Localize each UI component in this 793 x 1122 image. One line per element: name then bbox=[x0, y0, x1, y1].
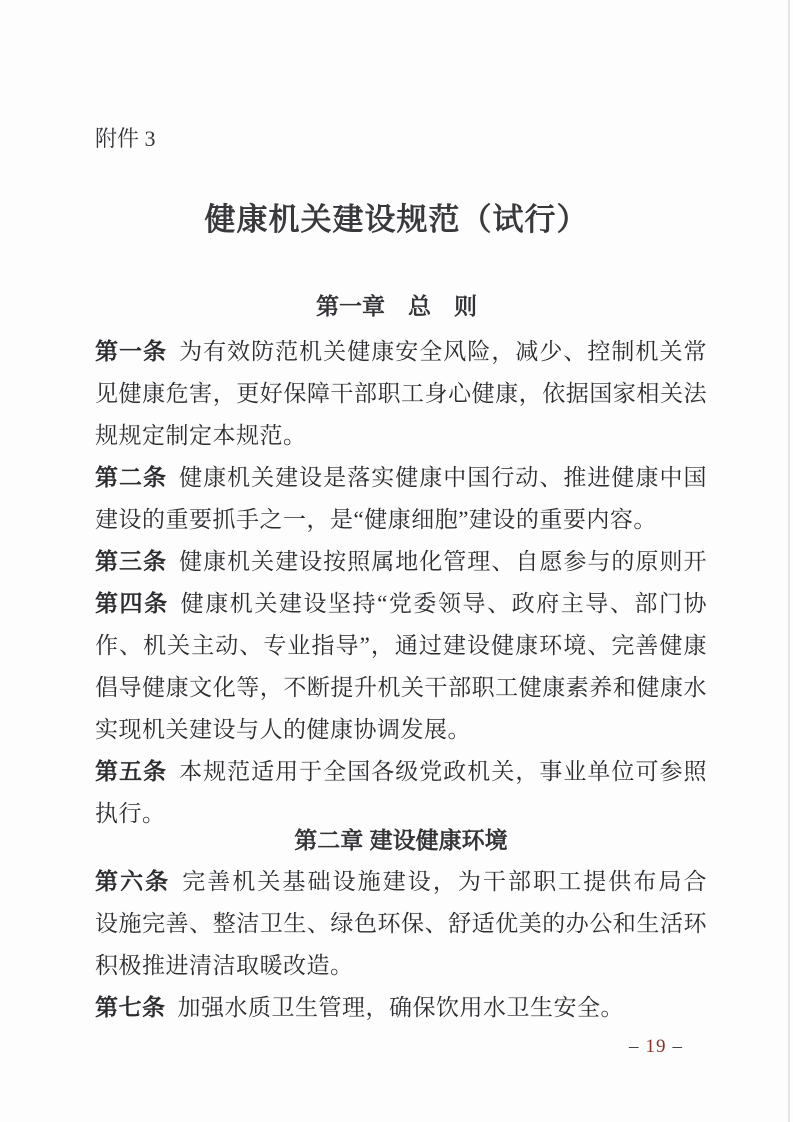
article-line: 积极推进清洁取暖改造。 bbox=[95, 945, 707, 987]
article-text: 本规范适用于全国各级党政机关，事业单位可参照 bbox=[179, 759, 707, 784]
article-text: 为有效防范机关健康安全风险，减少、控制机关常 bbox=[179, 339, 707, 364]
article-4: 第四条健康机关建设坚持“党委领导、政府主导、部门协 作、机关主动、专业指导”，通… bbox=[95, 583, 707, 751]
chapter-2-heading: 第二章 建设健康环境 bbox=[95, 819, 707, 861]
article-text: 加强水质卫生管理，确保饮用水卫生安全。 bbox=[178, 995, 625, 1020]
article-number: 第五条 bbox=[95, 759, 167, 784]
article-text: 健康机关建设是落实健康中国行动、推进健康中国 bbox=[179, 465, 707, 490]
article-line: 第一条为有效防范机关健康安全风险，减少、控制机关常 bbox=[95, 331, 707, 373]
article-line: 第四条健康机关建设坚持“党委领导、政府主导、部门协 bbox=[95, 583, 707, 625]
article-text: 完善机关基础设施建设，为干部职工提供布局合理、 bbox=[95, 869, 707, 903]
article-1: 第一条为有效防范机关健康安全风险，减少、控制机关常 见健康危害，更好保障干部职工… bbox=[95, 331, 707, 457]
page-number: –19– bbox=[623, 1036, 689, 1058]
article-line: 规规定制定本规范。 bbox=[95, 415, 707, 457]
article-7: 第七条加强水质卫生管理，确保饮用水卫生安全。 bbox=[95, 987, 707, 1029]
article-line: 第七条加强水质卫生管理，确保饮用水卫生安全。 bbox=[95, 987, 707, 1029]
article-line: 实现机关建设与人的健康协调发展。 bbox=[95, 709, 707, 751]
article-text: 健康机关建设按照属地化管理、自愿参与的原则开展。 bbox=[95, 549, 707, 583]
article-number: 第三条 bbox=[95, 549, 167, 574]
article-line: 作、机关主动、专业指导”，通过建设健康环境、完善健康服务、 bbox=[95, 625, 707, 667]
article-number: 第四条 bbox=[95, 591, 169, 616]
article-line: 设施完善、整洁卫生、绿色环保、舒适优美的办公和生活环境。 bbox=[95, 903, 707, 945]
article-number: 第一条 bbox=[95, 339, 167, 364]
article-text: 健康机关建设坚持“党委领导、政府主导、部门协 bbox=[181, 591, 707, 616]
article-number: 第六条 bbox=[95, 869, 170, 894]
article-line: 建设的重要抓手之一，是“健康细胞”建设的重要内容。 bbox=[95, 499, 707, 541]
article-line: 第三条健康机关建设按照属地化管理、自愿参与的原则开展。 bbox=[95, 541, 707, 583]
article-line: 见健康危害，更好保障干部职工身心健康，依据国家相关法律法 bbox=[95, 373, 707, 415]
article-line: 倡导健康文化等，不断提升机关干部职工健康素养和健康水平， bbox=[95, 667, 707, 709]
document-body: 第一条为有效防范机关健康安全风险，减少、控制机关常 见健康危害，更好保障干部职工… bbox=[95, 331, 707, 1029]
document-title: 健康机关建设规范（试行） bbox=[0, 197, 793, 243]
attachment-label: 附件 3 bbox=[95, 124, 156, 154]
article-2: 第二条健康机关建设是落实健康中国行动、推进健康中国 建设的重要抓手之一，是“健康… bbox=[95, 457, 707, 541]
article-number: 第二条 bbox=[95, 465, 167, 490]
article-line: 第五条本规范适用于全国各级党政机关，事业单位可参照 bbox=[95, 751, 707, 793]
article-line: 第二条健康机关建设是落实健康中国行动、推进健康中国 bbox=[95, 457, 707, 499]
document-page: 附件 3 健康机关建设规范（试行） 第一章 总 则 第一条为有效防范机关健康安全… bbox=[0, 0, 793, 1122]
chapter-1-heading: 第一章 总 则 bbox=[0, 290, 793, 322]
page-number-dash: – bbox=[667, 1036, 690, 1057]
page-number-dash: – bbox=[623, 1036, 646, 1057]
page-number-value: 19 bbox=[646, 1036, 667, 1057]
article-3: 第三条健康机关建设按照属地化管理、自愿参与的原则开展。 bbox=[95, 541, 707, 583]
article-6: 第六条完善机关基础设施建设，为干部职工提供布局合理、 设施完善、整洁卫生、绿色环… bbox=[95, 861, 707, 987]
scan-edge-artifact bbox=[788, 0, 790, 1122]
article-number: 第七条 bbox=[95, 995, 166, 1020]
article-line: 第六条完善机关基础设施建设，为干部职工提供布局合理、 bbox=[95, 861, 707, 903]
